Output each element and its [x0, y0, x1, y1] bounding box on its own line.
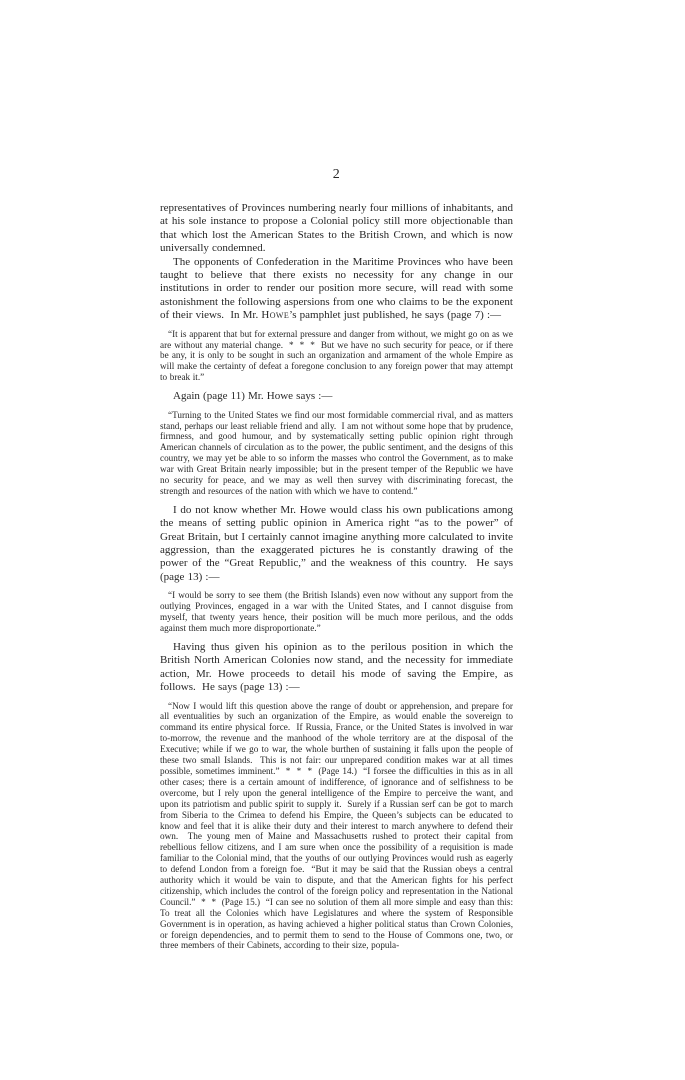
paragraph-opponents-tail: ’s pamphlet just published, he says (pag…: [289, 309, 501, 321]
paragraph-continuation: representatives of Provinces numbering n…: [160, 202, 513, 256]
scanned-document-page: 2 representatives of Provinces numbering…: [0, 0, 685, 1080]
paragraph-again-page11: Again (page 11) Mr. Howe says :—: [160, 390, 513, 403]
blockquote-page13-first: “I would be sorry to see them (the Briti…: [160, 590, 513, 634]
blockquote-page13-long: “Now I would lift this question above th…: [160, 701, 513, 952]
paragraph-having-given: Having thus given his opinion as to the …: [160, 641, 513, 695]
blockquote-page11: “Turning to the United States we find ou…: [160, 410, 513, 497]
blockquote-page7: “It is apparent that but for external pr…: [160, 329, 513, 384]
paragraph-opponents: The opponents of Confederation in the Ma…: [160, 256, 513, 323]
paragraph-publications: I do not know whether Mr. Howe would cla…: [160, 504, 513, 584]
page-text-block: 2 representatives of Provinces numbering…: [160, 167, 513, 958]
page-number: 2: [160, 167, 513, 183]
howe-smallcaps-name: Howe: [261, 309, 289, 321]
